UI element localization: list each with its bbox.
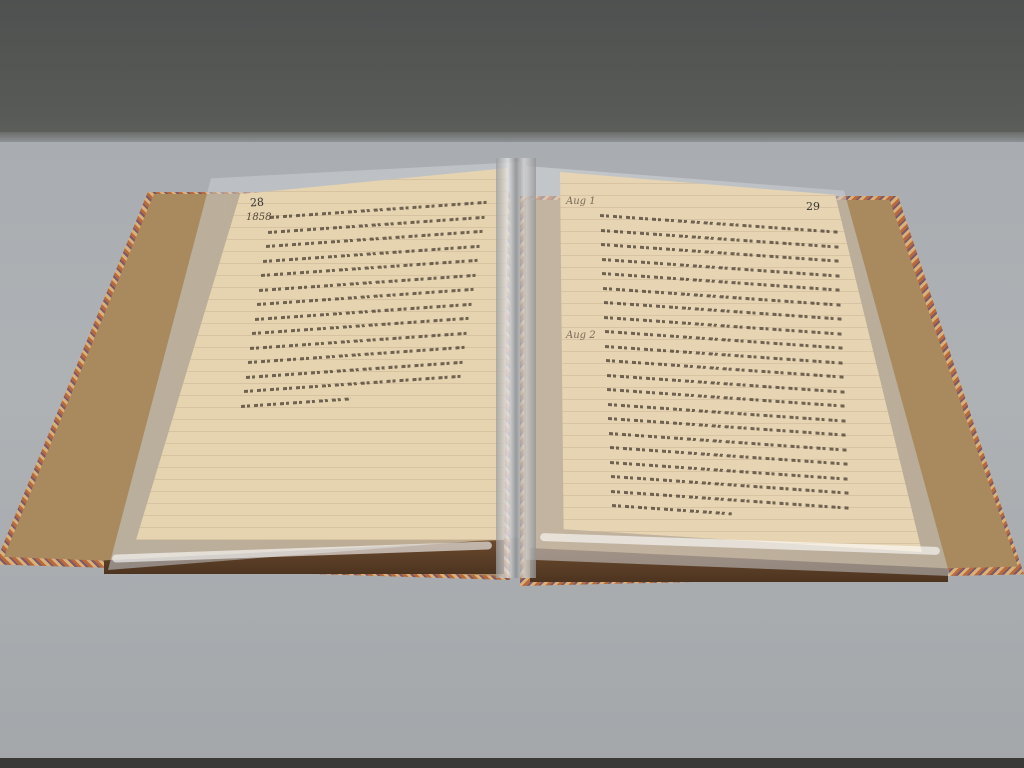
right-page-margin-note: Aug 1 [566,196,596,207]
right-page-margin-note: Aug 2 [566,330,596,341]
right-page-number: 29 [806,200,820,213]
floor-edge [0,758,1024,768]
binder-spine [496,158,536,578]
left-page-header-note: 1858 [246,210,271,225]
left-page-number: 28 [250,196,265,210]
background-wall [0,0,1024,142]
wall-ledge [0,132,1024,142]
